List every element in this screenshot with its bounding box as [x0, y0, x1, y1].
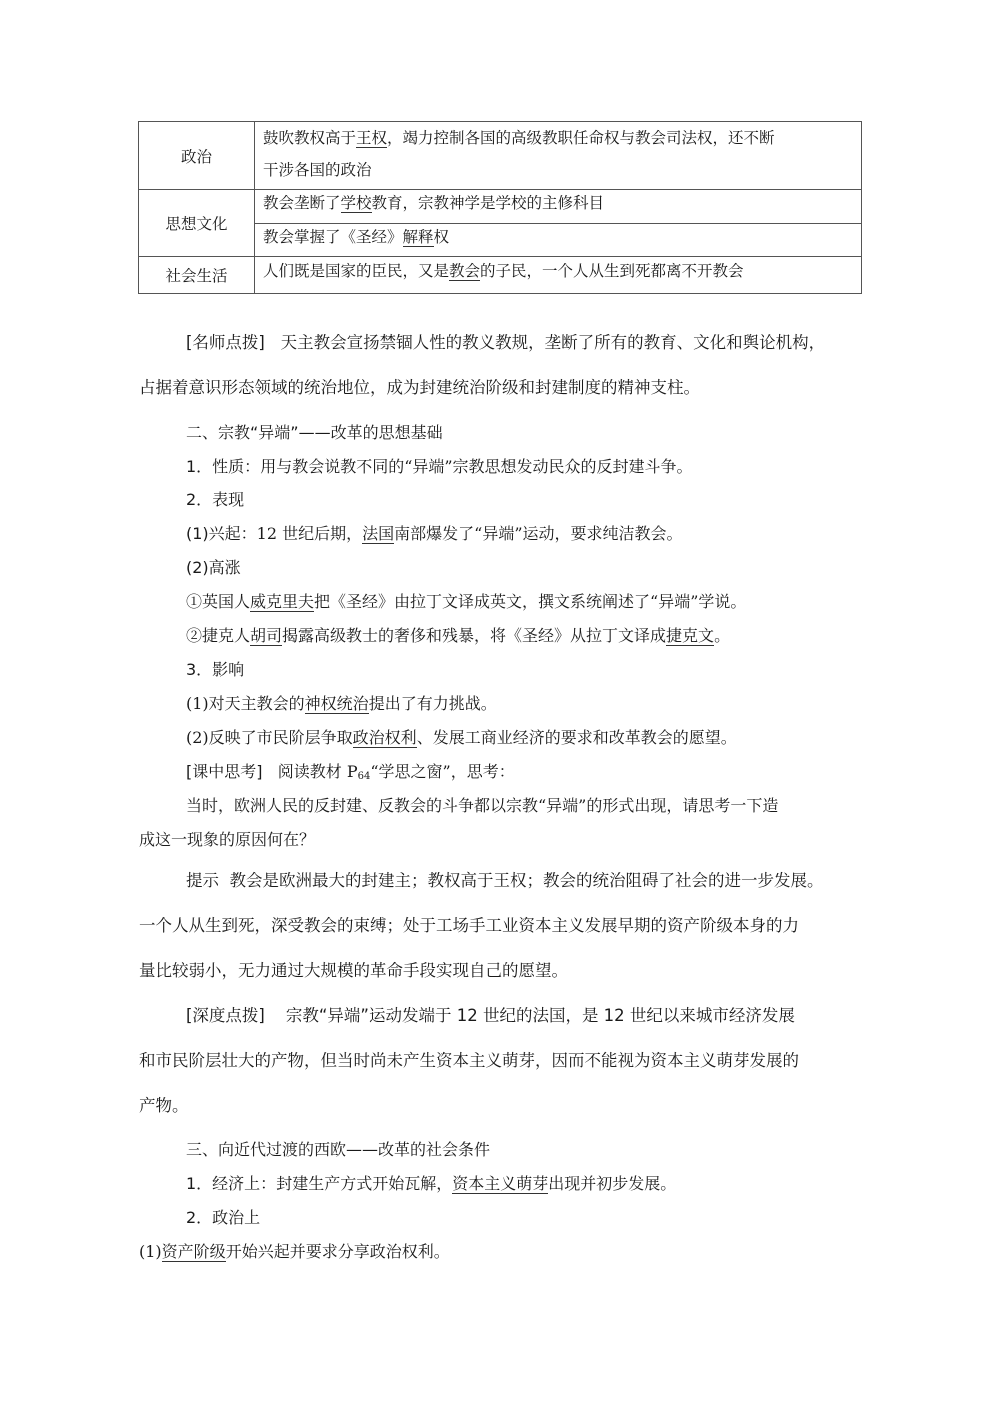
section2-impact2: (2)反映了市民阶层争取政治权利、发展工商业经济的要求和改革教会的愿望。	[186, 728, 737, 748]
church-power-table: 政治 鼓吹教权高于王权，竭力控制各国的高级教职任命权与教会司法权，还不断 干涉各…	[138, 121, 862, 294]
underlined-term: 学校	[341, 194, 372, 213]
text: 干涉各国的政治	[263, 154, 853, 186]
text: ①英国人	[186, 592, 250, 611]
social-life-content: 人们既是国家的臣民，又是教会的子民，一个人从生到死都离不开教会	[255, 257, 862, 294]
thought-content-1: 教会垄断了学校教育，宗教神学是学校的主修科目	[255, 190, 862, 224]
text: 教育，宗教神学是学校的主修科目	[372, 194, 605, 212]
text: 揭露高级教士的奢侈和残暴，将《圣经》从拉丁文译成	[282, 626, 666, 645]
section2-rise: (1)兴起：12 世纪后期，法国南部爆发了“异端”运动，要求纯洁教会。	[186, 524, 683, 544]
underlined-term: 法国	[362, 524, 394, 544]
section2-item2: ②捷克人胡司揭露高级教士的奢侈和残暴，将《圣经》从拉丁文译成捷克文。	[186, 626, 730, 646]
text: ②捷克人	[186, 626, 250, 645]
text: (2)反映了市民阶层争取	[186, 728, 353, 747]
mingshi-label: [名师点拨]	[186, 333, 265, 352]
underlined-term: 捷克文	[666, 626, 714, 646]
text: 把《圣经》由拉丁文译成英文，撰文系统阐述了“异端”学说。	[314, 592, 746, 611]
text: 教会是欧洲最大的封建主；教权高于王权；教会的统治阻碍了社会的进一步发展。	[230, 871, 824, 890]
text: 用与教会说教不同的“异端”宗教思想发动民众的反封建斗争。	[260, 457, 692, 476]
text: 3．影响	[186, 660, 244, 679]
shendu-line1: [深度点拨] 宗教“异端”运动发端于 12 世纪的法国，是 12 世纪以来城市经…	[186, 1006, 795, 1026]
section3-title: 三、向近代过渡的西欧——改革的社会条件	[186, 1140, 490, 1160]
mingshi-paragraph-line2: 占据着意识形态领域的统治地位，成为封建统治阶级和封建制度的精神支柱。	[139, 378, 700, 398]
text: 南部爆发了“异端”运动，要求纯洁教会。	[394, 524, 682, 543]
text: 提出了有力挑战。	[369, 694, 497, 713]
section3-economy: 1．经济上：封建生产方式开始瓦解，资本主义萌芽出现并初步发展。	[186, 1174, 676, 1194]
tishi-line2: 一个人从生到死，深受教会的束缚；处于工场手工业资本主义发展早期的资产阶级本身的力	[139, 916, 799, 936]
kezhong-prompt: [课中思考] 阅读教材 P64“学思之窗”，思考：	[186, 762, 515, 787]
text: 开始兴起并要求分享政治权利。	[226, 1242, 450, 1261]
underlined-term: 政治权利	[353, 728, 417, 748]
section2-surge-label: (2)高涨	[186, 558, 241, 578]
section2-expression-label: 2．表现	[186, 490, 244, 510]
section3-politics-item1: (1)资产阶级开始兴起并要求分享政治权利。	[139, 1242, 450, 1262]
text: 。	[714, 626, 730, 645]
nature-label: 1．性质：	[186, 457, 260, 476]
text: ，竭力控制各国的高级教职任命权与教会司法权，还不断	[387, 129, 775, 147]
table-row-politics: 政治 鼓吹教权高于王权，竭力控制各国的高级教职任命权与教会司法权，还不断 干涉各…	[139, 122, 862, 190]
section2-impact-label: 3．影响	[186, 660, 244, 680]
section2-impact1: (1)对天主教会的神权统治提出了有力挑战。	[186, 694, 497, 714]
text: 鼓吹教权高于	[263, 129, 356, 147]
tishi-line3: 量比较弱小，无力通过大规模的革命手段实现自己的愿望。	[139, 961, 568, 981]
category-social-life: 社会生活	[139, 257, 255, 294]
text: (2)高涨	[186, 558, 241, 577]
text: 教会垄断了	[263, 194, 341, 212]
text: 阅读教材 P	[278, 762, 358, 781]
text: 人们既是国家的臣民，又是	[263, 262, 449, 280]
rise-label: (1)兴起：	[186, 524, 257, 543]
underlined-term: 资本主义萌芽	[452, 1174, 548, 1194]
underlined-term: 资产阶级	[162, 1242, 226, 1262]
text: 封建生产方式开始瓦解，	[276, 1174, 452, 1193]
section3-politics-label: 2．政治上	[186, 1208, 260, 1228]
text: 权	[434, 228, 450, 246]
table-row-thought-culture: 思想文化 教会垄断了学校教育，宗教神学是学校的主修科目	[139, 190, 862, 224]
section2-title: 二、宗教“异端”——改革的思想基础	[186, 423, 443, 443]
tishi-label: 提示	[186, 871, 219, 890]
tishi-line1: 提示 教会是欧洲最大的封建主；教权高于王权；教会的统治阻碍了社会的进一步发展。	[186, 871, 824, 891]
page-subscript: 64	[358, 771, 371, 782]
category-thought-culture: 思想文化	[139, 190, 255, 257]
text: 2．表现	[186, 490, 244, 509]
underlined-term: 教会	[449, 262, 480, 281]
text: “学思之窗”，思考：	[370, 762, 514, 781]
text: (1)	[139, 1242, 162, 1261]
table-row-social-life: 社会生活 人们既是国家的臣民，又是教会的子民，一个人从生到死都离不开教会	[139, 257, 862, 294]
text: 出现并初步发展。	[548, 1174, 676, 1193]
category-politics: 政治	[139, 122, 255, 190]
kezhong-label: [课中思考]	[186, 762, 263, 781]
text: 2．政治上	[186, 1208, 260, 1227]
shendu-line3: 产物。	[139, 1096, 189, 1116]
shendu-label: [深度点拨]	[186, 1006, 265, 1025]
politics-content: 鼓吹教权高于王权，竭力控制各国的高级教职任命权与教会司法权，还不断 干涉各国的政…	[255, 122, 862, 190]
text: 12 世纪后期，	[257, 524, 362, 543]
shendu-line2: 和市民阶层壮大的产物，但当时尚未产生资本主义萌芽，因而不能视为资本主义萌芽发展的	[139, 1051, 799, 1071]
text: 天主教会宣扬禁锢人性的教义教规，垄断了所有的教育、文化和舆论机构，	[281, 333, 826, 352]
underlined-term: 神权统治	[305, 694, 369, 714]
section2-nature: 1．性质：用与教会说教不同的“异端”宗教思想发动民众的反封建斗争。	[186, 457, 693, 477]
kezhong-question-line1: 当时，欧洲人民的反封建、反教会的斗争都以宗教“异端”的形式出现，请思考一下造	[186, 796, 778, 816]
thought-content-2: 教会掌握了《圣经》解释权	[255, 224, 862, 257]
mingshi-paragraph-line1: [名师点拨] 天主教会宣扬禁锢人性的教义教规，垄断了所有的教育、文化和舆论机构，	[186, 333, 825, 353]
underlined-term: 解释	[403, 228, 434, 247]
text: 的子民，一个人从生到死都离不开教会	[480, 262, 744, 280]
document-page: 政治 鼓吹教权高于王权，竭力控制各国的高级教职任命权与教会司法权，还不断 干涉各…	[0, 0, 1000, 1414]
text: 、发展工商业经济的要求和改革教会的愿望。	[417, 728, 737, 747]
econ-label: 1．经济上：	[186, 1174, 276, 1193]
underlined-term: 胡司	[250, 626, 282, 646]
text: 教会掌握了《圣经》	[263, 228, 403, 246]
section2-item1: ①英国人威克里夫把《圣经》由拉丁文译成英文，撰文系统阐述了“异端”学说。	[186, 592, 746, 612]
text: (1)对天主教会的	[186, 694, 305, 713]
text: 宗教“异端”运动发端于 12 世纪的法国，是 12 世纪以来城市经济发展	[286, 1006, 795, 1025]
underlined-term: 王权	[356, 129, 387, 148]
underlined-term: 威克里夫	[250, 592, 314, 612]
kezhong-question-line2: 成这一现象的原因何在？	[139, 830, 315, 850]
